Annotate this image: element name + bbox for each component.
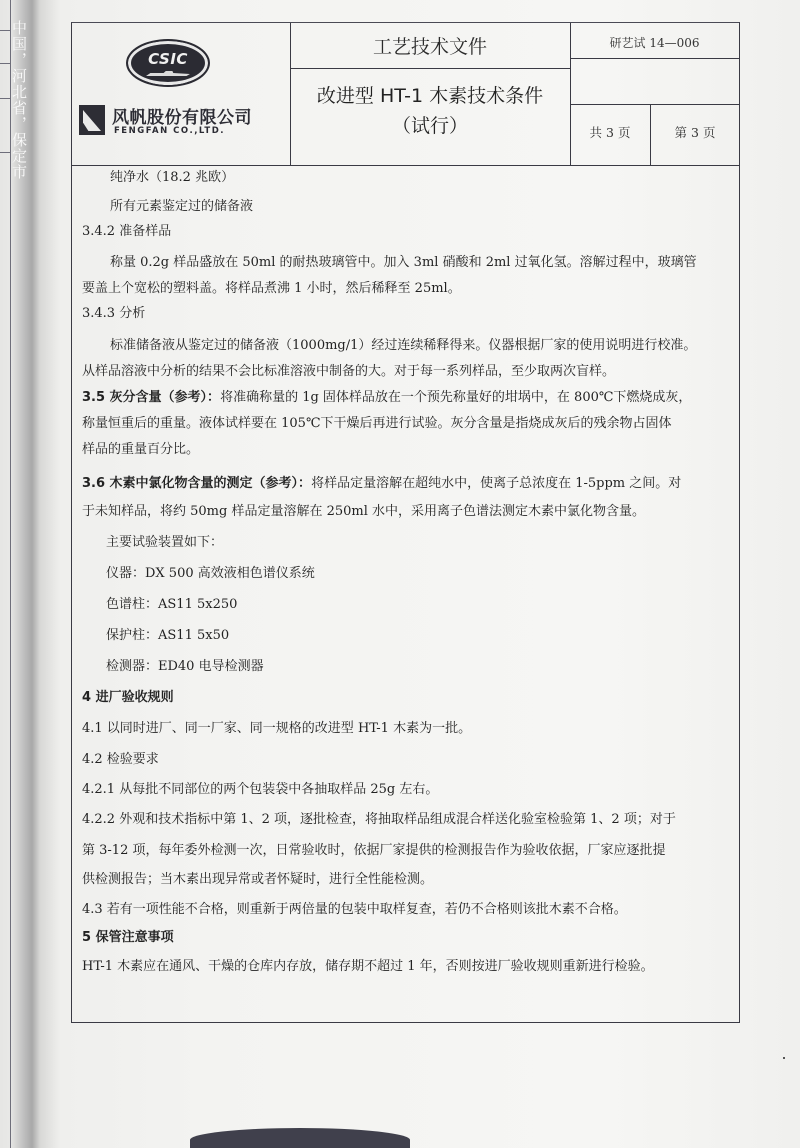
- company-name-cn: 风帆股份有限公司: [112, 103, 252, 128]
- paragraph-line: 标准储备液从鉴定过的储备液（1000mg/1）经过连续稀释得来。仪器根据厂家的使…: [110, 335, 696, 356]
- company-name-en: FENGFAN CO.,LTD.: [114, 126, 225, 136]
- paragraph-line: 主要试验装置如下：: [106, 532, 223, 553]
- document-header: CSIC 风帆股份有限公司 FENGFAN CO.,LTD. 工艺技术文件 改进…: [72, 23, 739, 166]
- logo-cell: CSIC 风帆股份有限公司 FENGFAN CO.,LTD.: [72, 23, 291, 165]
- document-code: 研艺试 14—006: [570, 23, 739, 59]
- paragraph-line: 要盖上个宽松的塑料盖。将样品煮沸 1 小时，然后稀释至 25ml。: [82, 278, 461, 299]
- paragraph-line: 于未知样品，将约 50mg 样品定量溶解在 250ml 水中，采用离子色谱法测定…: [82, 501, 645, 522]
- title-cell: 工艺技术文件 改进型 HT-1 木素技术条件 （试行）: [290, 23, 571, 165]
- paragraph-text: 将样品定量溶解在超纯水中，使离子总浓度在 1-5ppm 之间。对: [311, 476, 681, 491]
- current-page: 第 3 页: [651, 105, 739, 165]
- section-heading-4: 4 进厂验收规则: [82, 687, 174, 708]
- paragraph-line: 所有元素鉴定过的储备液: [110, 196, 253, 217]
- section-heading-3-6: 3.6 木素中氯化物含量的测定（参考）：: [82, 476, 311, 491]
- section-heading-3-4-3: 3.4.3 分析: [82, 303, 145, 324]
- binder-shadow: [190, 1128, 410, 1148]
- paper-speck: [783, 1057, 785, 1059]
- total-pages: 共 3 页: [570, 105, 651, 165]
- paragraph-line: 纯净水（18.2 兆欧）: [110, 167, 234, 188]
- paragraph-line: 从样品溶液中分析的结果不会比标准溶液中制备的大。对于每一系列样品，至少取两次盲样…: [82, 361, 615, 382]
- ship-icon: [146, 71, 190, 76]
- paragraph-line: 供检测报告；当木素出现异常或者怀疑时，进行全性能检测。: [82, 869, 433, 890]
- equipment-guard-column: 保护柱：AS11 5x50: [106, 625, 229, 646]
- paragraph-line: 3.5 灰分含量（参考）：将准确称量的 1g 固体样品放在一个预先称量好的坩埚中…: [82, 387, 691, 408]
- paragraph-line: 称量 0.2g 样品盛放在 50ml 的耐热玻璃管中。加入 3ml 硝酸和 2m…: [110, 252, 697, 273]
- equipment-column: 色谱柱：AS11 5x250: [106, 594, 237, 615]
- section-heading-4-2: 4.2 检验要求: [82, 749, 159, 770]
- blank-cell: [570, 59, 739, 105]
- paragraph-line: HT-1 木素应在通风、干燥的仓库内存放，储存期不超过 1 年，否则按进厂验收规…: [82, 956, 654, 977]
- paragraph-line: 第 3-12 项，每年委外检测一次，日常验收时，依据厂家提供的检测报告作为验收依…: [82, 840, 665, 861]
- paragraph-line: 4.1 以同时进厂、同一厂家、同一规格的改进型 HT-1 木素为一批。: [82, 718, 471, 739]
- paragraph-line: 4.2.2 外观和技术指标中第 1、2 项，逐批检查，将抽取样品组成混合样送化验…: [82, 809, 676, 830]
- csic-logo-icon: CSIC: [126, 39, 210, 87]
- paragraph-text: 将准确称量的 1g 固体样品放在一个预先称量好的坩埚中，在 800℃下燃烧成灰，: [220, 390, 691, 405]
- fengfan-sail-icon: [79, 105, 105, 135]
- document-title: 改进型 HT-1 木素技术条件: [290, 81, 570, 108]
- csic-logo-text: CSIC: [128, 50, 208, 68]
- section-heading-3-4-2: 3.4.2 准备样品: [82, 221, 171, 242]
- page-info: 共 3 页 第 3 页: [570, 105, 739, 165]
- document-subtitle: （试行）: [290, 111, 570, 138]
- meta-cell: 研艺试 14—006 共 3 页 第 3 页: [570, 23, 739, 165]
- paragraph-line: 样品的重量百分比。: [82, 439, 199, 460]
- document-frame: CSIC 风帆股份有限公司 FENGFAN CO.,LTD. 工艺技术文件 改进…: [71, 22, 740, 1023]
- paragraph-line: 称量恒重后的重量。液体试样要在 105℃下干燥后再进行试验。灰分含量是指烧成灰后…: [82, 413, 672, 434]
- section-heading-3-5: 3.5 灰分含量（参考）：: [82, 390, 220, 405]
- document-type: 工艺技术文件: [290, 23, 570, 69]
- paragraph-line: 4.2.1 从每批不同部位的两个包装袋中各抽取样品 25g 左右。: [82, 779, 438, 800]
- equipment-detector: 检测器：ED40 电导检测器: [106, 656, 264, 677]
- equipment-instrument: 仪器：DX 500 高效液相色谱仪系统: [106, 563, 315, 584]
- paragraph-line: 3.6 木素中氯化物含量的测定（参考）：将样品定量溶解在超纯水中，使离子总浓度在…: [82, 473, 681, 494]
- paragraph-line: 4.3 若有一项性能不合格，则重新于两倍量的包装中取样复查，若仍不合格则该批木素…: [82, 899, 627, 920]
- section-heading-5: 5 保管注意事项: [82, 927, 174, 948]
- location-watermark: 中国，河北省，保定市: [12, 20, 30, 180]
